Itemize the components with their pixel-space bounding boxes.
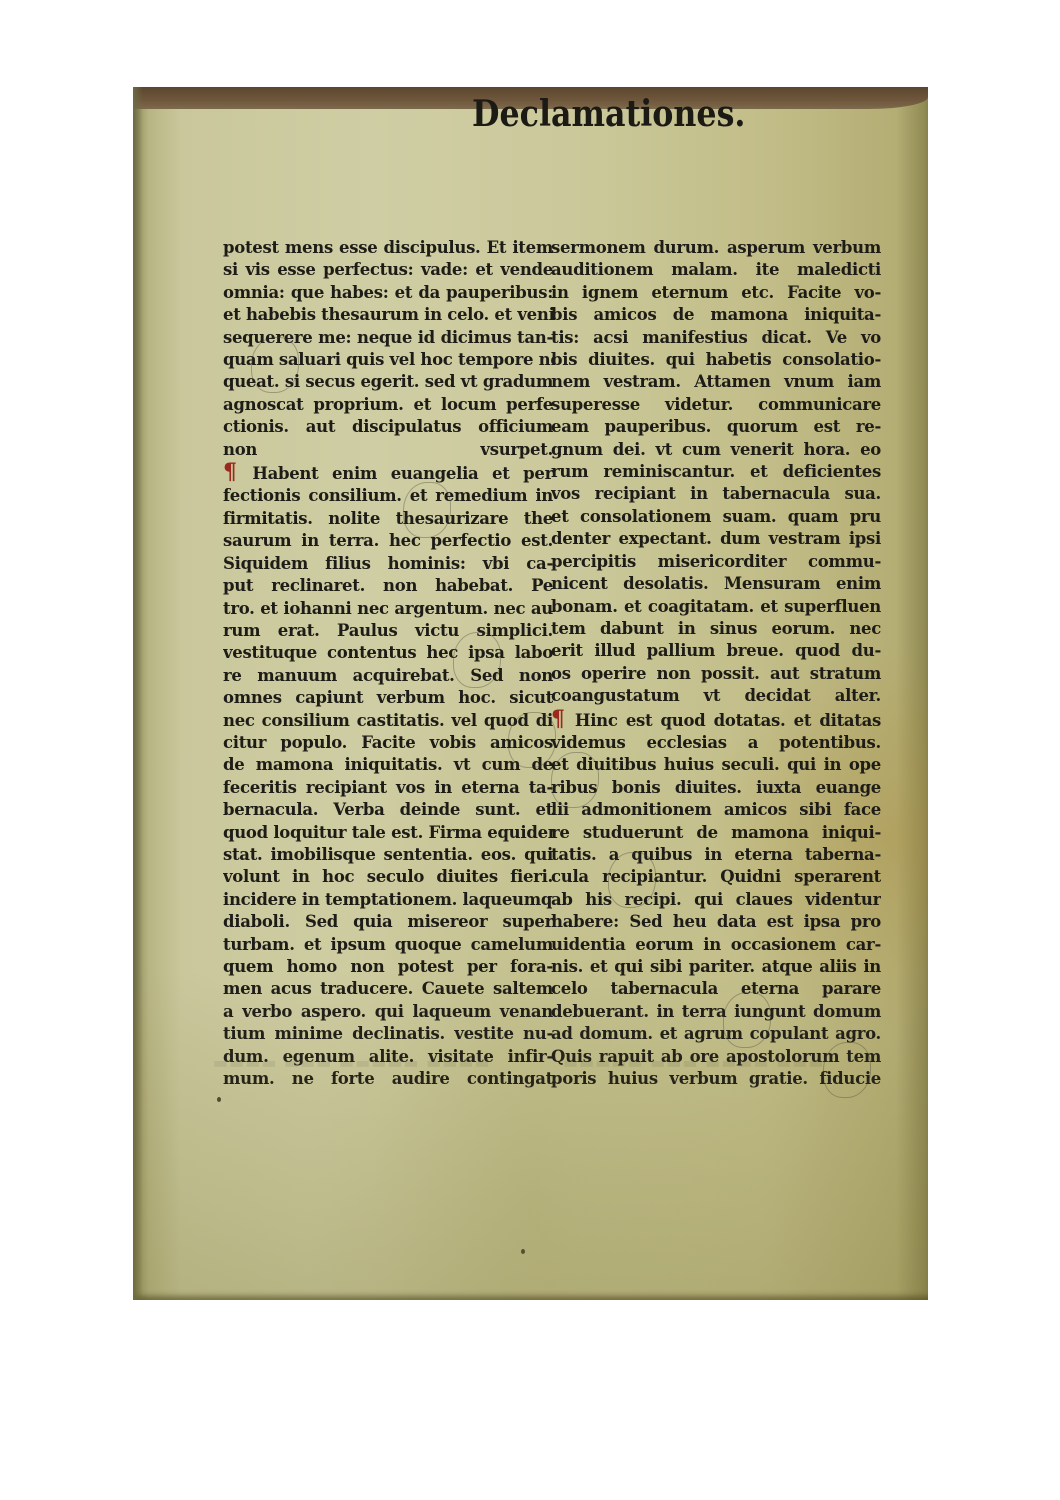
text-line: percipitis misericorditer commu- [551,551,881,573]
text-line: bonam. et coagitatam. et superfluen [551,596,881,618]
text-line: ctionis. aut discipulatus officium [223,416,553,438]
text-line: bis diuites. qui habetis consolatio- [551,349,881,371]
text-line: ribus bonis diuites. iuxta euange [551,777,881,799]
text-line: bis amicos de mamona iniquita- [551,304,881,326]
text-line: superesse videtur. communicare [551,394,881,416]
rubric-paragraph-mark: ¶ [223,461,237,485]
text-line: gnum dei. vt cum venerit hora. eo [551,439,881,461]
text-line: eam pauperibus. quorum est re- [551,416,881,438]
text-line: Siquidem filius hominis: vbi ca- [223,553,553,575]
text-line: et diuitibus huius seculi. qui in ope [551,754,881,776]
text-line: incidere in temptationem. laqueumque [223,889,553,911]
text-line: cula recipiantur. Quidni sperarent [551,866,881,888]
text-line: uidentia eorum in occasionem car- [551,934,881,956]
text-line: lii admonitionem amicos sibi face [551,799,881,821]
text-line: saurum in terra. hec perfectio est. [223,530,553,552]
text-line: nis. et qui sibi pariter. atque aliis in [551,956,881,978]
text-line: potest mens esse discipulus. Et item [223,237,553,259]
page-scan: Declamationes. potest mens esse discipul… [133,87,928,1300]
text-line: volunt in hoc seculo diuites fieri. [223,866,553,888]
text-line: ab his recipi. qui claues videntur [551,889,881,911]
text-line: rum reminiscantur. et deficientes [551,461,881,483]
text-line: nec consilium castitatis. vel quod di [223,710,553,732]
text-line: denter expectant. dum vestram ipsi [551,528,881,550]
paper-speck [521,1249,525,1254]
text-line: vestituque contentus hec ipsa labo [223,642,553,664]
text-line: stat. imobilisque sententia. eos. qui [223,844,553,866]
text-line: in ignem eternum etc. Facite vo- [551,282,881,304]
running-head: Declamationes. [197,93,958,135]
text-line: a verbo aspero. qui laqueum venan [223,1001,553,1023]
text-line: firmitatis. nolite thesaurizare the [223,508,553,530]
text-line: debuerant. in terra iungunt domum [551,1001,881,1023]
text-line: et habebis thesaurum in celo. et veni [223,304,553,326]
text-line: fectionis consilium. et remedium in [223,485,553,507]
text-line: ad domum. et agrum copulant agro. [551,1023,881,1045]
text-line: tem dabunt in sinus eorum. nec [551,618,881,640]
text-line: men acus traducere. Cauete saltem [223,978,553,1000]
text-line: tis: acsi manifestius dicat. Ve vo [551,327,881,349]
text-line: tro. et iohanni nec argentum. nec au [223,598,553,620]
text-line: de mamona iniquitatis. vt cum de [223,754,553,776]
text-line: diaboli. Sed quia misereor super [223,911,553,933]
text-line: re studuerunt de mamona iniqui- [551,822,881,844]
text-line: et consolationem suam. quam pru [551,506,881,528]
text-line: erit illud pallium breue. quod du- [551,640,881,662]
text-line: put reclinaret. non habebat. Pe [223,575,553,597]
text-line: auditionem malam. ite maledicti [551,259,881,281]
text-line: vos recipiant in tabernacula sua. [551,483,881,505]
bleed-through-text: ▬▬▬▬ ▬▬▬ ▬▬▬▬▬ ▬▬▬▬ [213,1052,491,1074]
text-column-right: sermonem durum. asperum verbumauditionem… [551,237,881,1090]
text-line: feceritis recipiant vos in eterna ta- [223,777,553,799]
text-line: re manuum acquirebat. Sed non [223,665,553,687]
text-line: omnia: que habes: et da pauperibus: [223,282,553,304]
text-line: queat. si secus egerit. sed vt gradum [223,371,553,393]
text-line: quem homo non potest per fora- [223,956,553,978]
bleed-through-text: ▬▬▬▬▬ ▬▬▬ ▬▬▬▬ ▬▬▬ [563,1052,824,1074]
text-line: ¶ Habent enim euangelia et per [223,461,553,485]
text-line: nem vestram. Attamen vnum iam [551,371,881,393]
text-line: ¶ Hinc est quod dotatas. et ditatas [551,708,881,732]
text-line: rum erat. Paulus victu simplici. [223,620,553,642]
text-line: nicent desolatis. Mensuram enim [551,573,881,595]
text-line: quod loquitur tale est. Firma equidem [223,822,553,844]
text-line: habere: Sed heu data est ipsa pro [551,911,881,933]
text-line: coangustatum vt decidat alter. [551,685,881,707]
text-line: sermonem durum. asperum verbum [551,237,881,259]
rubric-paragraph-mark: ¶ [551,708,565,732]
text-column-left: potest mens esse discipulus. Et itemsi v… [223,237,553,1090]
text-line: tium minime declinatis. vestite nu- [223,1023,553,1045]
text-line: bernacula. Verba deinde sunt. et [223,799,553,821]
text-line: non vsurpet. [223,439,553,461]
text-line: os operire non possit. aut stratum [551,663,881,685]
text-line: omnes capiunt verbum hoc. sicut [223,687,553,709]
text-line: citur populo. Facite vobis amicos [223,732,553,754]
text-line: turbam. et ipsum quoque camelum [223,934,553,956]
text-line: quam saluari quis vel hoc tempore ne- [223,349,553,371]
text-line: videmus ecclesias a potentibus. [551,732,881,754]
text-line: si vis esse perfectus: vade: et vende [223,259,553,281]
text-line: sequerere me: neque id dicimus tan- [223,327,553,349]
paper-speck [217,1097,221,1102]
page-shadow-edge [133,87,143,1300]
text-line: agnoscat proprium. et locum perfe [223,394,553,416]
text-line: tatis. a quibus in eterna taberna- [551,844,881,866]
text-line: celo tabernacula eterna parare [551,978,881,1000]
